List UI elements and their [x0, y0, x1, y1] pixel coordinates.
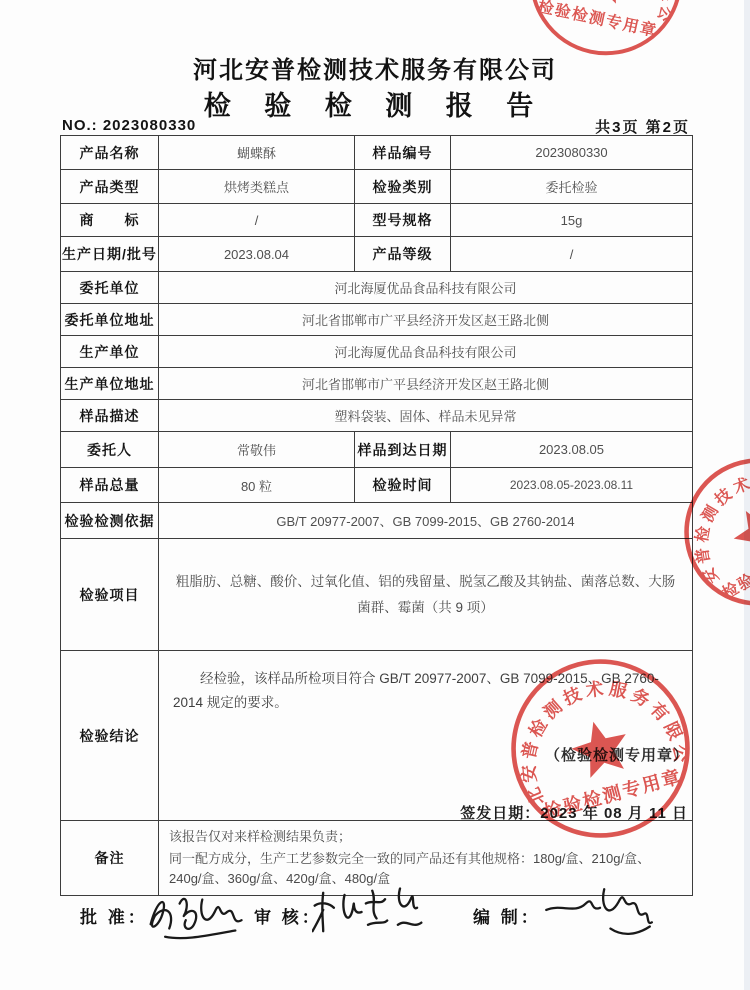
- sample-no-label: 样品编号: [355, 136, 451, 170]
- table-row: 样品总量 80 粒 检验时间 2023.08.05-2023.08.11: [61, 468, 693, 503]
- consignor-value: 常敬伟: [159, 432, 355, 468]
- table-row: 生产日期/批号 2023.08.04 产品等级 /: [61, 237, 693, 272]
- table-row: 生产单位 河北海厦优品食品科技有限公司: [61, 336, 693, 368]
- company-title: 河北安普检测技术服务有限公司: [0, 50, 750, 85]
- table-row: 委托单位地址 河北省邯郸市广平县经济开发区赵王路北侧: [61, 304, 693, 336]
- inspection-category-label: 检验类别: [355, 170, 451, 204]
- manufacturer-value: 河北海厦优品食品科技有限公司: [159, 336, 693, 368]
- report-table: 产品名称 蝴蝶酥 样品编号 2023080330 产品类型 烘烤类糕点 检验类别…: [60, 135, 693, 896]
- client-label: 委托单位: [61, 272, 159, 304]
- report-page: 河北安普检测技术服务有限公司 检 验 检 测 报 告 NO.: 20230803…: [0, 0, 750, 990]
- spec-value: 15g: [451, 204, 693, 237]
- table-row: 检验项目 粗脂肪、总糖、酸价、过氧化值、铝的残留量、脱氢乙酸及其钠盐、菌落总数、…: [61, 539, 693, 651]
- test-period-label: 检验时间: [355, 468, 451, 503]
- sample-quantity-value: 80 粒: [159, 468, 355, 503]
- sample-no-value: 2023080330: [451, 136, 693, 170]
- product-name-value: 蝴蝶酥: [159, 136, 355, 170]
- table-row: 产品名称 蝴蝶酥 样品编号 2023080330: [61, 136, 693, 170]
- table-row: 委托单位 河北海厦优品食品科技有限公司: [61, 272, 693, 304]
- product-grade-value: /: [451, 237, 693, 272]
- stamp-placeholder-note: （检验检测专用章）: [545, 744, 689, 765]
- client-address-label: 委托单位地址: [61, 304, 159, 336]
- inspection-category-value: 委托检验: [451, 170, 693, 204]
- production-date-value: 2023.08.04: [159, 237, 355, 272]
- conclusion-text: 经检验，该样品所检项目符合 GB/T 20977-2007、GB 7099-20…: [159, 651, 692, 714]
- test-basis-value: GB/T 20977-2007、GB 7099-2015、GB 2760-201…: [159, 503, 693, 539]
- test-items-label: 检验项目: [61, 539, 159, 651]
- conclusion-label: 检验结论: [61, 651, 159, 821]
- manufacturer-address-value: 河北省邯郸市广平县经济开发区赵王路北侧: [159, 368, 693, 400]
- test-basis-label: 检验检测依据: [61, 503, 159, 539]
- production-date-label: 生产日期/批号: [61, 237, 159, 272]
- sample-quantity-label: 样品总量: [61, 468, 159, 503]
- client-value: 河北海厦优品食品科技有限公司: [159, 272, 693, 304]
- approver-signature: [134, 883, 252, 945]
- product-type-label: 产品类型: [61, 170, 159, 204]
- trademark-value: /: [159, 204, 355, 237]
- issue-date: 签发日期：2023 年 08 月 11 日: [460, 802, 688, 823]
- trademark-label: 商 标: [61, 204, 159, 237]
- manufacturer-label: 生产单位: [61, 336, 159, 368]
- test-items-value: 粗脂肪、总糖、酸价、过氧化值、铝的残留量、脱氢乙酸及其钠盐、菌落总数、大肠菌群、…: [159, 539, 693, 651]
- table-row: 检验检测依据 GB/T 20977-2007、GB 7099-2015、GB 2…: [61, 503, 693, 539]
- seal-company-arc: 河北安普检测技术服务有限公司: [513, 0, 699, 28]
- table-row: 生产单位地址 河北省邯郸市广平县经济开发区赵王路北侧: [61, 368, 693, 400]
- sample-description-value: 塑料袋装、固体、样品未见异常: [159, 400, 693, 432]
- client-address-value: 河北省邯郸市广平县经济开发区赵王路北侧: [159, 304, 693, 336]
- reviewer-signature: [312, 880, 424, 944]
- seal-star-icon: [578, 0, 634, 6]
- product-grade-label: 产品等级: [355, 237, 451, 272]
- product-name-label: 产品名称: [61, 136, 159, 170]
- scan-edge-shadow: [744, 0, 750, 990]
- arrival-date-value: 2023.08.05: [451, 432, 693, 468]
- report-number: NO.: 2023080330: [62, 117, 196, 134]
- spec-label: 型号规格: [355, 204, 451, 237]
- remark-line-1: 该报告仅对来样检测结果负责；: [169, 827, 682, 847]
- compile-label: 编 制：: [473, 903, 541, 928]
- manufacturer-address-label: 生产单位地址: [61, 368, 159, 400]
- compiler-signature: [540, 878, 656, 946]
- pagination: 共3页 第2页: [595, 116, 690, 137]
- conclusion-cell: 经检验，该样品所检项目符合 GB/T 20977-2007、GB 7099-20…: [159, 651, 693, 821]
- table-row: 商 标 / 型号规格 15g: [61, 204, 693, 237]
- arrival-date-label: 样品到达日期: [355, 432, 451, 468]
- test-period-value: 2023.08.05-2023.08.11: [451, 468, 693, 503]
- sample-description-label: 样品描述: [61, 400, 159, 432]
- table-row: 产品类型 烘烤类糕点 检验类别 委托检验: [61, 170, 693, 204]
- table-row: 委托人 常敬伟 样品到达日期 2023.08.05: [61, 432, 693, 468]
- table-row: 检验结论 经检验，该样品所检项目符合 GB/T 20977-2007、GB 70…: [61, 651, 693, 821]
- consignor-label: 委托人: [61, 432, 159, 468]
- product-type-value: 烘烤类糕点: [159, 170, 355, 204]
- table-row: 样品描述 塑料袋装、固体、样品未见异常: [61, 400, 693, 432]
- seal-caption: 检验检测专用章: [536, 0, 659, 40]
